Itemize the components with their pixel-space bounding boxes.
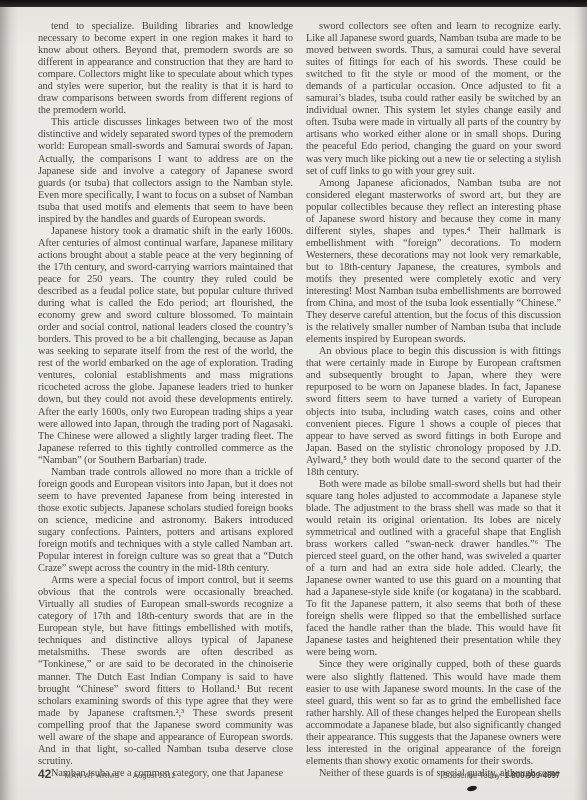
paragraph: Both were made as bilobe small-sword she… (306, 479, 561, 660)
paragraph: Japanese history took a dramatic shift i… (38, 226, 293, 467)
footer-left: 42 MAN AT ARMS August 2012 (38, 767, 176, 781)
paragraph: sword collectors see often and learn to … (306, 21, 561, 178)
paragraph: Since they were originally cupped, both … (306, 659, 561, 767)
paragraph: This article discusses linkages between … (38, 117, 293, 225)
magazine-title: MAN AT ARMS (64, 771, 120, 780)
ink-speck (467, 785, 478, 792)
paragraph: tend to specialize. Building libraries a… (38, 21, 293, 117)
footer-right: Subscribe Today! 1-800-999-4697 (443, 771, 560, 780)
paragraph: Among Japanese aficionados, Namban tsuba… (306, 178, 561, 347)
subscribe-phone: 1-800-999-4697 (505, 771, 561, 780)
page-number: 42 (38, 767, 51, 781)
magazine-page: tend to specialize. Building libraries a… (0, 0, 587, 800)
paragraph: Arms were a special focus of import cont… (38, 575, 293, 768)
paragraph: Namban trade controls allowed no more th… (38, 467, 293, 575)
right-column: sword collectors see often and learn to … (306, 21, 561, 780)
issue-date: August 2012 (133, 771, 176, 780)
page-footer: 42 MAN AT ARMS August 2012 Subscribe Tod… (38, 767, 560, 781)
article-body: tend to specialize. Building libraries a… (38, 21, 561, 780)
paragraph: An obvious place to begin this discussio… (306, 346, 561, 479)
scan-top-edge (0, 0, 587, 7)
left-column: tend to specialize. Building libraries a… (38, 21, 293, 780)
subscribe-text: Subscribe Today! (443, 771, 503, 780)
